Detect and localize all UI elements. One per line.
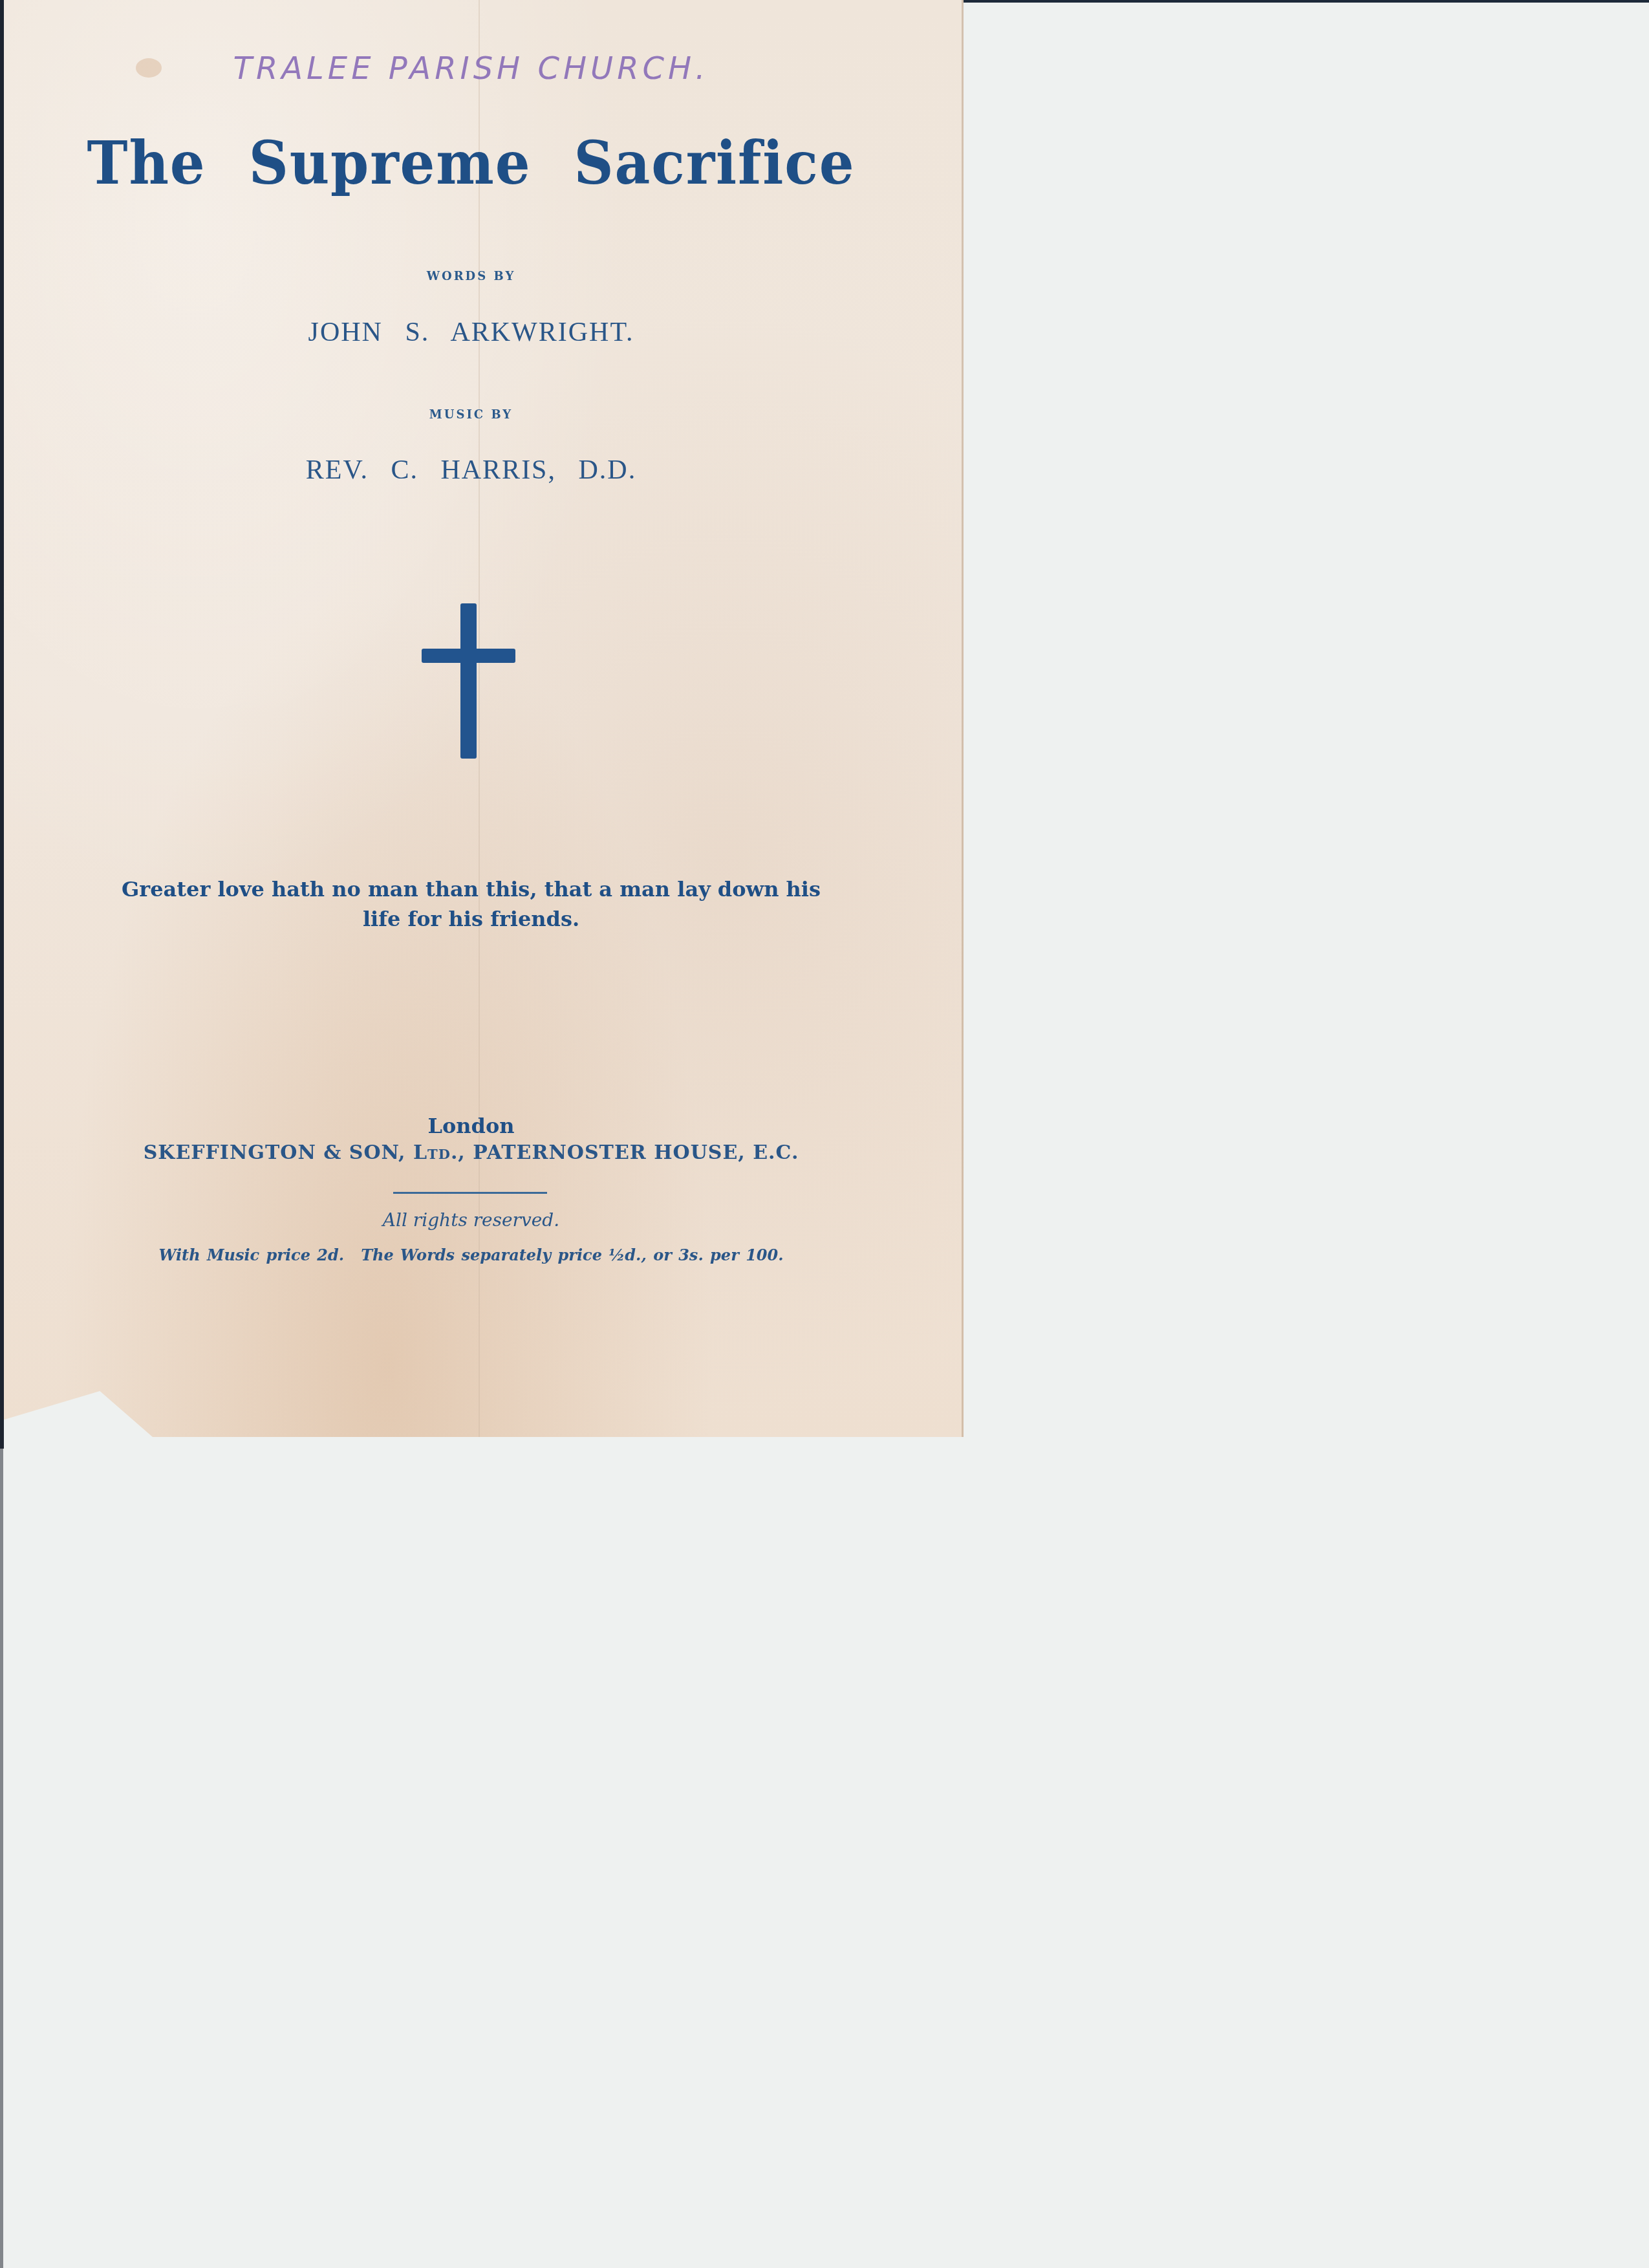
price-with-music: With Music price 2d. (158, 1246, 344, 1264)
composer-name: REV. C. HARRIS, D.D. (4, 455, 938, 486)
publisher-name: SKEFFINGTON & SON, (144, 1141, 406, 1164)
page-title: The Supreme Sacrifice (41, 128, 901, 198)
lyricist-name: JOHN S. ARKWRIGHT. (4, 317, 938, 348)
price-line: With Music price 2d.The Words separately… (4, 1246, 938, 1264)
publisher-address: PATERNOSTER HOUSE, E.C. (473, 1141, 799, 1164)
scripture-quote: Greater love hath no man than this, that… (4, 874, 938, 934)
cross-icon (422, 603, 515, 759)
imprint-city: London (4, 1114, 938, 1138)
cross-vertical-bar (460, 603, 477, 759)
music-by-label: MUSIC BY (4, 408, 938, 422)
scan-edge-left (0, 0, 4, 1449)
scan-edge-top (964, 0, 1649, 3)
cross-horizontal-bar (422, 649, 515, 663)
rights-notice: All rights reserved. (4, 1209, 938, 1231)
price-words-only: The Words separately price ½d., or 3s. p… (361, 1246, 783, 1264)
publisher-ltd: Ltd., (413, 1141, 466, 1164)
divider-rule (393, 1192, 547, 1194)
church-stamp: TRALEE PARISH CHURCH. (4, 50, 938, 87)
publisher-line: SKEFFINGTON & SON, Ltd., PATERNOSTER HOU… (4, 1141, 938, 1164)
scan-edge-left-lower (0, 1449, 3, 2268)
words-by-label: WORDS BY (4, 270, 938, 283)
